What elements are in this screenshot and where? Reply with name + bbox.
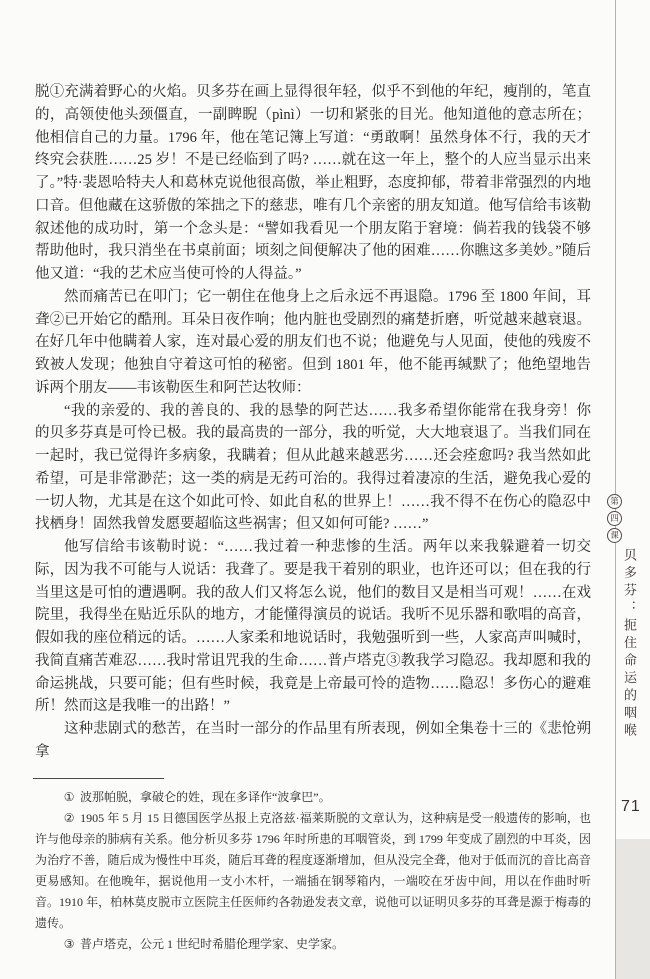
footnote-text: 1905 年 5 月 15 日德国医学丛报上克洛兹·福莱斯脱的文章认为，这种病是… [35, 811, 591, 930]
paragraph: 然而痛苦已在叩门；它一朝住在他身上之后永远不再退隐。1796 至 1800 年间… [35, 286, 591, 400]
book-page: 脱①充满着野心的火焰。贝多芬在画上显得很年轻，似乎不到他的年纪，瘦削的，笔直的，… [0, 0, 650, 979]
lesson-badge-char: 课 [607, 528, 622, 543]
margin-rule [615, 0, 616, 979]
paragraph: 脱①充满着野心的火焰。贝多芬在画上显得很年轻，似乎不到他的年纪，瘦削的，笔直的，… [35, 81, 591, 286]
body-text: 脱①充满着野心的火焰。贝多芬在画上显得很年轻，似乎不到他的年纪，瘦削的，笔直的，… [35, 81, 591, 764]
paragraph: “我的亲爱的、我的善良的、我的恳挚的阿芒达……我多希望你能常在我身旁！你的贝多芬… [35, 400, 591, 537]
footnote-marker: ① [64, 790, 75, 804]
paragraph: 他写信给韦该勒时说：“……我过着一种悲惨的生活。两年以来我躲避着一切交际，因为我… [35, 536, 591, 718]
footnote-marker: ② [64, 811, 75, 825]
lesson-badge-char: 四 [607, 511, 622, 526]
footnote: ②1905 年 5 月 15 日德国医学丛报上克洛兹·福莱斯脱的文章认为，这种病… [35, 808, 591, 934]
chapter-title: 贝多芬：扼住命运的咽喉 [620, 548, 639, 741]
footnote: ①波那帕脱，拿破仑的姓，现在多译作“波拿巴”。 [35, 787, 591, 808]
footnote-marker: ③ [64, 937, 75, 951]
lesson-badge: 第 四 课 [607, 494, 622, 543]
footnote: ③普卢塔克，公元 1 世纪时希腊伦理学家、史学家。 [35, 934, 591, 955]
page-corner-shade [616, 839, 650, 979]
footnote-divider [33, 778, 164, 779]
footnotes: ①波那帕脱，拿破仑的姓，现在多译作“波拿巴”。 ②1905 年 5 月 15 日… [35, 787, 591, 955]
footnote-text: 波那帕脱，拿破仑的姓，现在多译作“波拿巴”。 [80, 790, 331, 804]
footnote-text: 普卢塔克，公元 1 世纪时希腊伦理学家、史学家。 [80, 937, 344, 951]
page-number: 71 [621, 798, 641, 816]
paragraph: 这种悲剧式的愁苦，在当时一部分的作品里有所表现，例如全集卷十三的《悲怆朔拿 [35, 718, 591, 764]
lesson-badge-char: 第 [607, 494, 622, 509]
